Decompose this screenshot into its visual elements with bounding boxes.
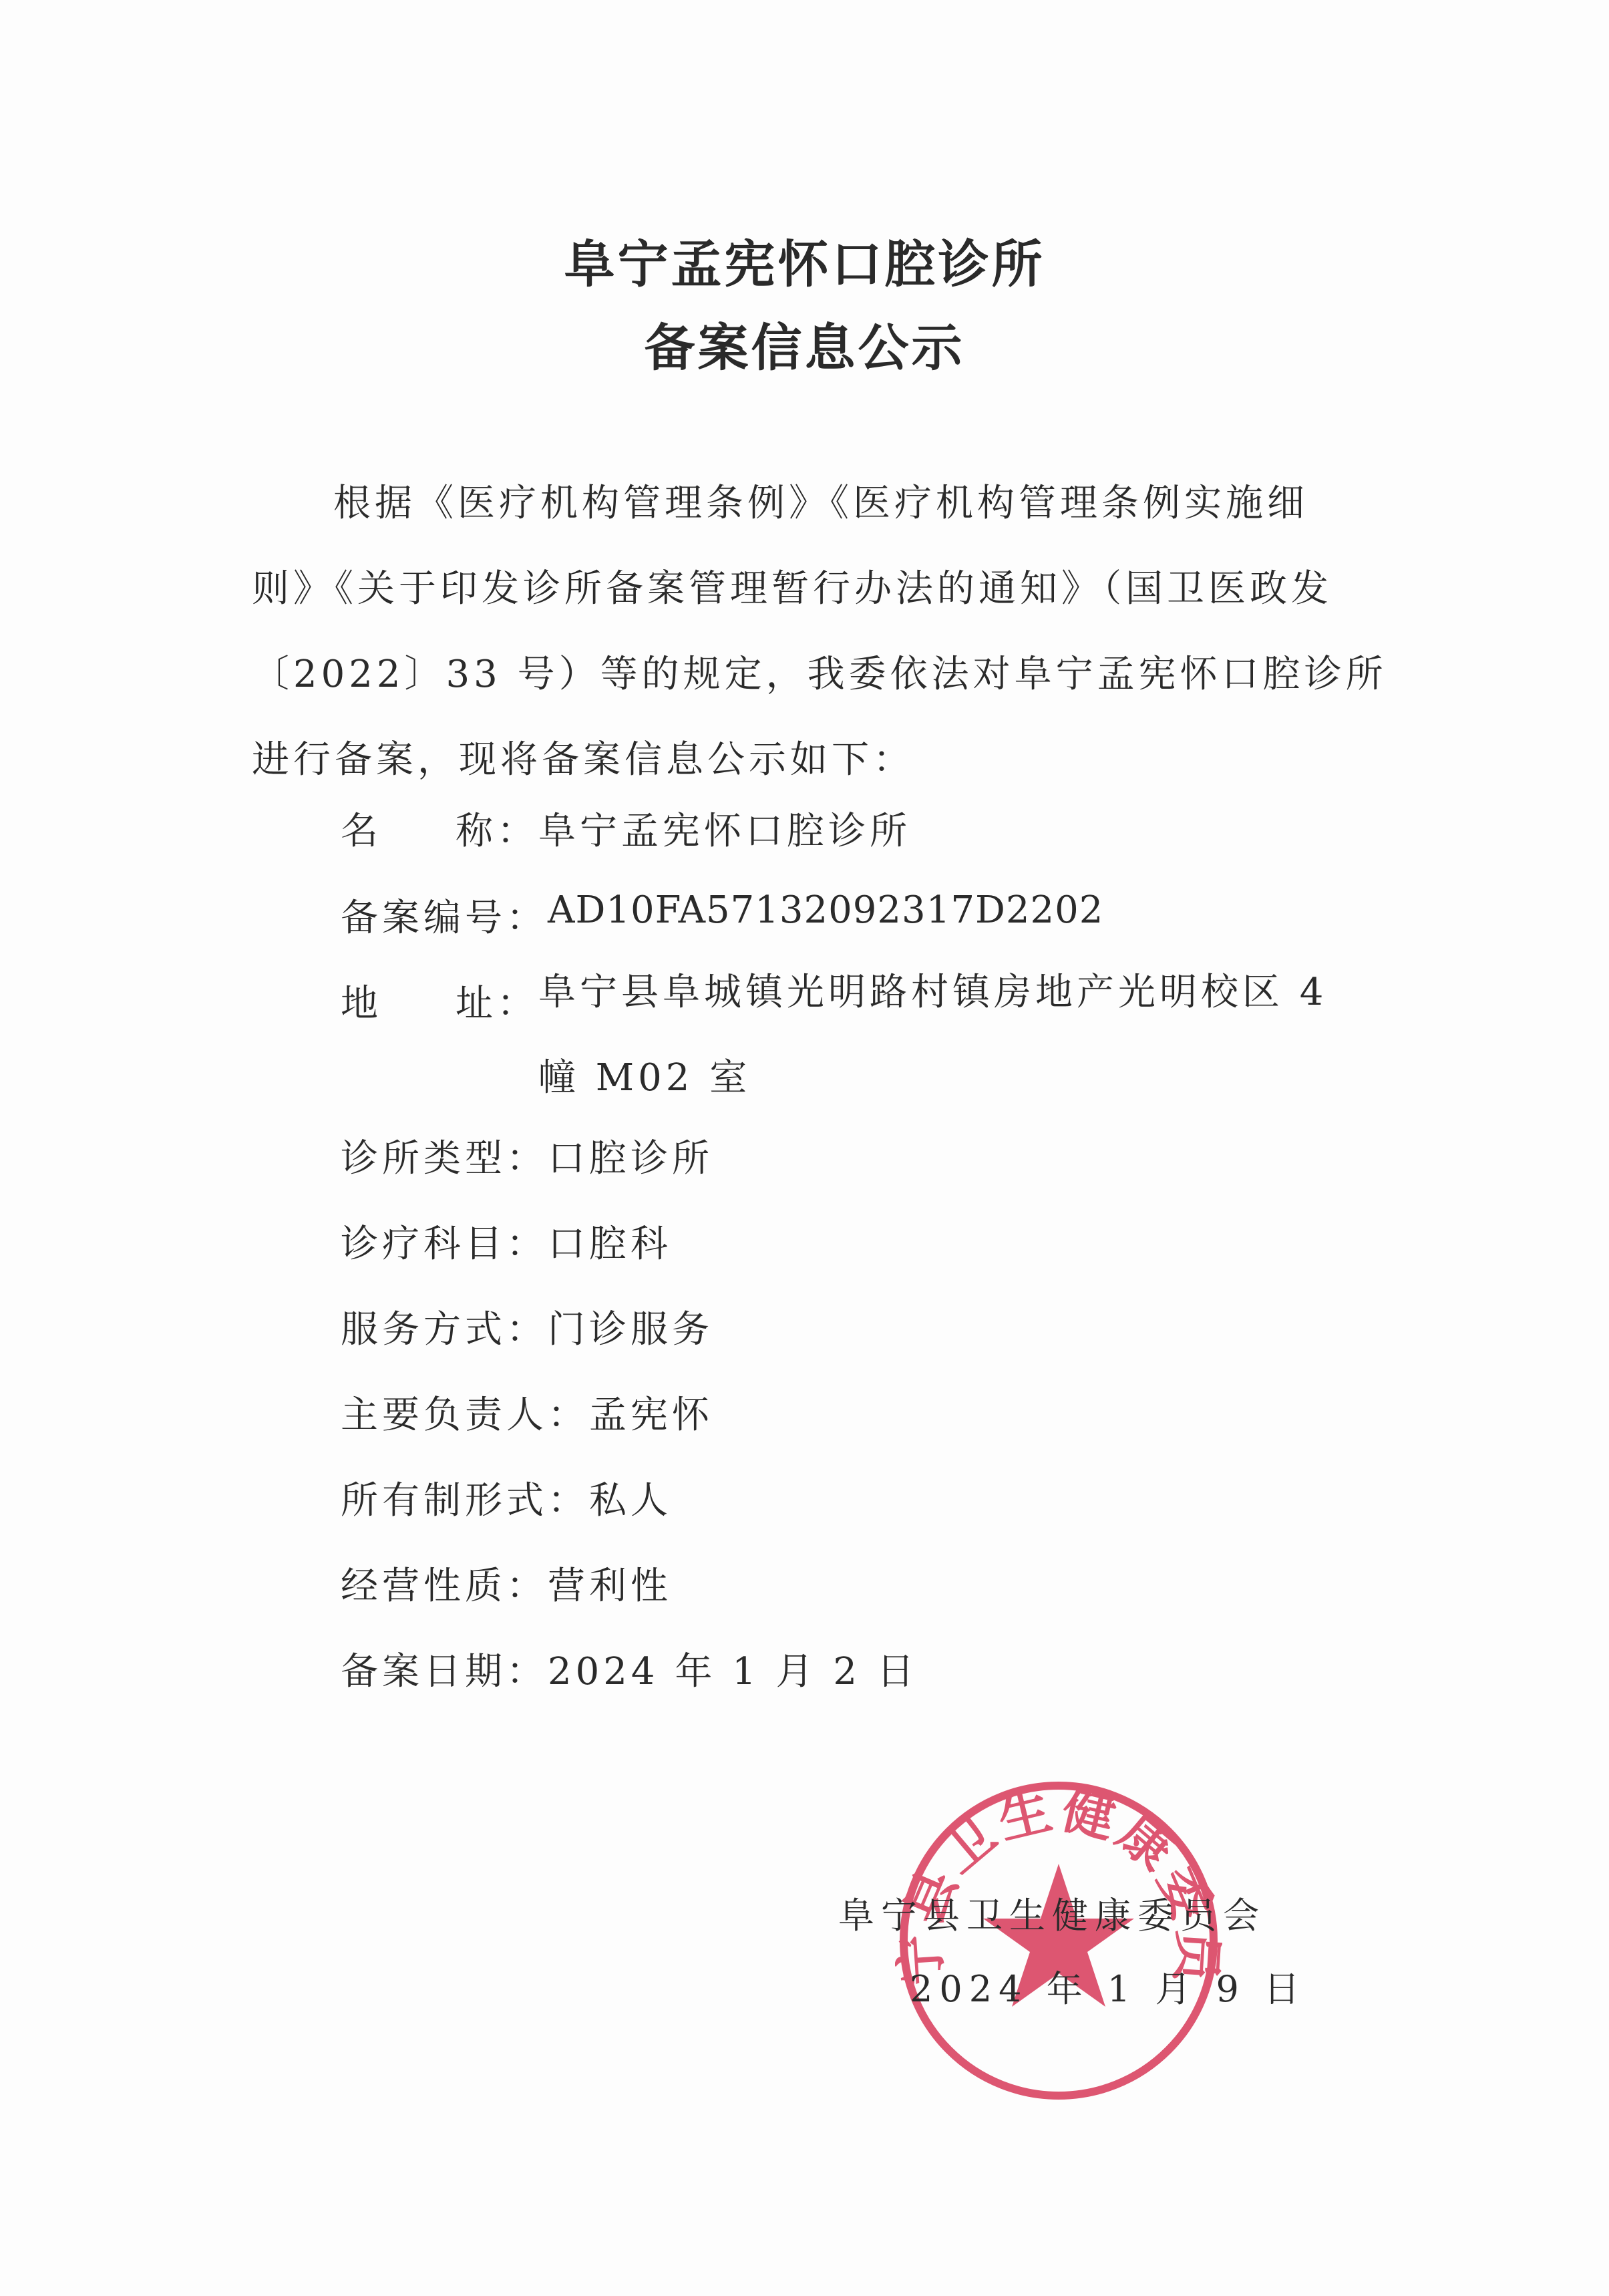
intro-paragraph: 根据《医疗机构管理条例》《医疗机构管理条例实施细 则》《关于印发诊所备案管理暂行…: [252, 461, 1367, 803]
field-colon: ：: [506, 1556, 548, 1610]
field-registration-number: 备案编号 ： AD10FA57132092317D2202: [341, 888, 1103, 942]
issuing-organization: 阜宁县卫生健康委员会: [838, 1887, 1266, 1939]
field-colon: ：: [497, 974, 538, 1121]
field-label: 经营性质: [341, 1556, 506, 1610]
field-colon: ：: [506, 1642, 548, 1695]
field-colon: ：: [506, 1129, 548, 1182]
document-title: 阜宁孟宪怀口腔诊所: [0, 224, 1609, 297]
field-colon: ：: [497, 802, 538, 855]
field-label: 备案日期: [341, 1642, 506, 1695]
field-value: 孟宪怀: [589, 1385, 713, 1439]
field-value: 阜宁孟宪怀口腔诊所: [538, 802, 911, 855]
field-value: 口腔科: [548, 1214, 672, 1268]
field-registration-date: 备案日期 ： 2024 年 1 月 2 日: [341, 1642, 918, 1695]
field-value: 阜宁县阜城镇光明路村镇房地产光明校区 4 幢 M02 室: [538, 950, 1327, 1121]
field-value: 营利性: [548, 1556, 672, 1610]
paragraph-line: 〔2022〕33 号）等的规定，我委依法对阜宁孟宪怀口腔诊所: [252, 632, 1367, 717]
paragraph-line: 则》《关于印发诊所备案管理暂行办法的通知》（国卫医政发: [252, 546, 1367, 632]
field-business-nature: 经营性质 ： 营利性: [341, 1556, 672, 1610]
document-page: 阜宁孟宪怀口腔诊所 备案信息公示 根据《医疗机构管理条例》《医疗机构管理条例实施…: [0, 0, 1609, 2296]
field-department: 诊疗科目 ： 口腔科: [341, 1214, 672, 1268]
paragraph-line: 根据《医疗机构管理条例》《医疗机构管理条例实施细: [252, 461, 1367, 546]
field-service-mode: 服务方式 ： 门诊服务: [341, 1300, 713, 1353]
field-colon: ：: [506, 1300, 548, 1353]
document-subtitle: 备案信息公示: [0, 307, 1609, 380]
field-value: 2024 年 1 月 2 日: [548, 1642, 918, 1695]
field-label: 地 址: [341, 974, 497, 1121]
field-colon: ：: [548, 1471, 589, 1524]
field-colon: ：: [506, 1214, 548, 1268]
field-label: 诊疗科目: [341, 1214, 506, 1268]
official-seal-stamp: 阜宁县卫生健康委员会: [895, 1777, 1222, 2104]
field-value: 口腔诊所: [548, 1129, 713, 1182]
field-value: 私人: [589, 1471, 672, 1524]
field-name: 名 称 ： 阜宁孟宪怀口腔诊所: [341, 802, 911, 855]
field-value: 门诊服务: [548, 1300, 713, 1353]
issue-date: 2024 年 1 月 9 日: [910, 1961, 1306, 2012]
field-label: 主要负责人: [341, 1385, 548, 1439]
field-value: AD10FA57132092317D2202: [548, 888, 1103, 942]
field-colon: ：: [548, 1385, 589, 1439]
field-label: 诊所类型: [341, 1129, 506, 1182]
field-label: 备案编号: [341, 888, 506, 942]
field-colon: ：: [506, 888, 548, 942]
field-label: 名 称: [341, 802, 497, 855]
field-label: 服务方式: [341, 1300, 506, 1353]
field-clinic-type: 诊所类型 ： 口腔诊所: [341, 1129, 713, 1182]
field-principal: 主要负责人 ： 孟宪怀: [341, 1385, 713, 1439]
paragraph-line: 进行备案，现将备案信息公示如下：: [252, 717, 1367, 803]
field-address: 地 址 ： 阜宁县阜城镇光明路村镇房地产光明校区 4 幢 M02 室: [341, 974, 1327, 1121]
field-label: 所有制形式: [341, 1471, 548, 1524]
field-ownership: 所有制形式 ： 私人: [341, 1471, 672, 1524]
